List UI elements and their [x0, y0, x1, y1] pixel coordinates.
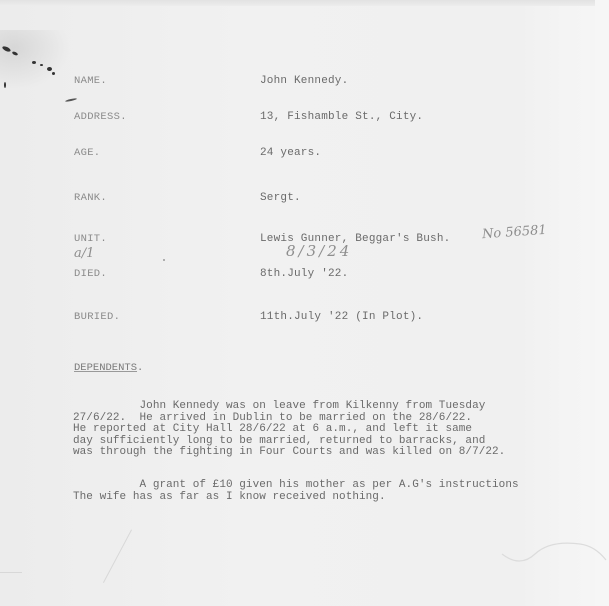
document-page: NAME. John Kennedy. ADDRESS. 13, Fishamb… — [0, 0, 609, 606]
paragraph-1-line-5: was through the fighting in Four Courts … — [73, 447, 505, 459]
age-value: 24 years. — [260, 147, 321, 159]
handwritten-margin-note: a/1 — [74, 246, 94, 261]
page-right-margin — [595, 0, 609, 606]
address-label: ADDRESS. — [74, 111, 127, 123]
age-label: AGE. — [74, 147, 100, 159]
dependents-heading-text: DEPENDENTS — [74, 362, 137, 374]
faint-pen-stroke — [0, 572, 22, 573]
address-value: 13, Fishamble St., City. — [260, 111, 423, 123]
buried-label: BURIED. — [74, 311, 120, 323]
rank-label: RANK. — [74, 192, 107, 204]
dependents-heading-suffix: . — [137, 362, 143, 374]
handwritten-unit-number: No 56581 — [482, 223, 548, 242]
paragraph-2-line-2: The wife has as far as I know received n… — [73, 492, 386, 504]
ink-speck — [163, 259, 165, 261]
ink-mark — [32, 61, 36, 64]
faint-pen-stroke — [103, 530, 132, 583]
handwritten-date-note: 8/3/24 — [286, 242, 352, 260]
ink-mark — [65, 98, 77, 102]
died-value: 8th.July '22. — [260, 268, 348, 280]
name-label: NAME. — [74, 75, 107, 87]
faint-pen-curve — [500, 540, 609, 580]
name-value: John Kennedy. — [260, 75, 348, 87]
unit-label: UNIT. — [74, 233, 107, 245]
rank-value: Sergt. — [260, 192, 301, 204]
buried-value: 11th.July '22 (In Plot). — [260, 311, 423, 323]
died-label: DIED. — [74, 268, 107, 280]
ink-mark — [47, 67, 52, 71]
paragraph-1-line-1: John Kennedy was on leave from Kilkenny … — [73, 401, 485, 413]
ink-mark — [52, 72, 55, 75]
ink-mark — [4, 82, 6, 88]
page-top-edge — [0, 0, 609, 6]
ink-mark — [40, 64, 43, 66]
paragraph-2-line-1: A grant of £10 given his mother as per A… — [73, 480, 519, 492]
dependents-heading: DEPENDENTS. — [74, 362, 143, 374]
paper-stain — [0, 30, 70, 90]
